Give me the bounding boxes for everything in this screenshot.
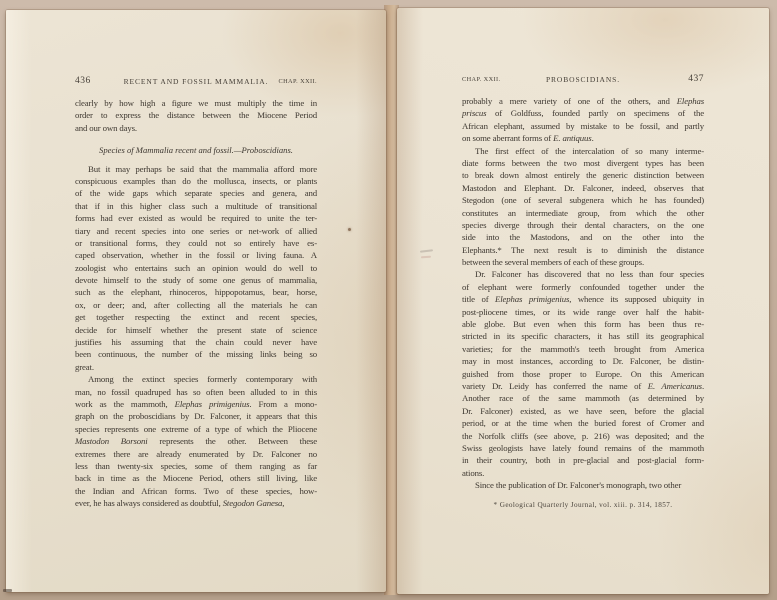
text-line: ox, or deer; and, after collecting all t… xyxy=(75,299,317,311)
text-line: The first effect of the intercalation of… xyxy=(462,145,704,157)
text-line: Mastodon Borsoni represents the other. B… xyxy=(75,435,317,447)
paragraph: The first effect of the intercalation of… xyxy=(462,145,704,269)
text-line: that if in this higher class such a mult… xyxy=(75,200,317,212)
text-line: justifies his assuming that the chain co… xyxy=(75,336,317,348)
left-page-header: 436 RECENT AND FOSSIL MAMMALIA. CHAP. XX… xyxy=(75,76,317,87)
text-line: Dr. Falconer has discovered that no less… xyxy=(462,268,704,280)
text-line: variety Dr. Leidy has conferred the name… xyxy=(462,380,704,392)
text-line: extremes there are already enumerated by… xyxy=(75,448,317,460)
text-line: Another race of the same mammoth (as det… xyxy=(462,392,704,404)
text-line: post-pliocene times, or its wide range o… xyxy=(462,306,704,318)
text-line: period, or at the time when the buried f… xyxy=(462,417,704,429)
text-line: and our own days. xyxy=(75,122,317,134)
text-line: graph on the proboscidians by Dr. Falcon… xyxy=(75,410,317,422)
text-line: constitutes an intermediate group, from … xyxy=(462,207,704,219)
right-page-header: CHAP. XXII. PROBOSCIDIANS. 437 xyxy=(462,74,704,85)
text-line: zoologist who entertains such an opinion… xyxy=(75,262,317,274)
text-line: priscus of Goldfuss, founded partly on s… xyxy=(462,107,704,119)
text-line: Mastodon and Elephant. Dr. Falconer, ind… xyxy=(462,182,704,194)
text-line: Elephants.* The next result is to dimini… xyxy=(462,244,704,256)
text-line: Stegodon (one of several subgenera which… xyxy=(462,194,704,206)
text-line: Since the publication of Dr. Falconer's … xyxy=(462,479,704,491)
text-line: of elephant were formerly confounded tog… xyxy=(462,281,704,293)
text-line: species represents one extreme of a type… xyxy=(75,423,317,435)
book-spread: 436 RECENT AND FOSSIL MAMMALIA. CHAP. XX… xyxy=(0,0,777,600)
text-line: guished from those proper to Europe. On … xyxy=(462,368,704,380)
text-line: stricted in its specific characters, it … xyxy=(462,330,704,342)
text-line: work as the mammoth, Elephas primigenius… xyxy=(75,398,317,410)
text-line: or transitional forms, they could not so… xyxy=(75,237,317,249)
text-line: ations. xyxy=(462,467,704,479)
italic-term: Mastodon Borsoni xyxy=(75,436,148,446)
italic-term: Elephas xyxy=(677,96,704,106)
italic-term: E. Americanus xyxy=(648,381,702,391)
text-line: of the wide gaps which separate species … xyxy=(75,187,317,199)
text-line: African elephant, assumed by mistake to … xyxy=(462,120,704,132)
left-page-body: clearly by how high a figure we must mul… xyxy=(75,97,317,510)
text-line: back in time as the Miocene Period, othe… xyxy=(75,472,317,484)
text-line: decide for himself whether the present s… xyxy=(75,324,317,336)
text-line: on some aberrant forms of E. antiquus. xyxy=(462,132,704,144)
text-line: between the several members of each of t… xyxy=(462,256,704,268)
text-line: the Indian and African forms. Two of the… xyxy=(75,485,317,497)
text-line: able globe. But even when this form has … xyxy=(462,318,704,330)
text-line: Dr. Falconer) existed, as we have seen, … xyxy=(462,405,704,417)
italic-term: Elephas primigenius xyxy=(495,294,569,304)
pencil-smudge xyxy=(420,248,434,262)
text-line: devote himself to the study of some one … xyxy=(75,274,317,286)
italic-term: E. antiquus xyxy=(553,133,591,143)
text-line: tiary and recent species into one series… xyxy=(75,225,317,237)
italic-term: priscus xyxy=(462,108,486,118)
left-page: 436 RECENT AND FOSSIL MAMMALIA. CHAP. XX… xyxy=(6,10,386,592)
right-text-column: CHAP. XXII. PROBOSCIDIANS. 437 probably … xyxy=(462,8,704,509)
text-line: clearly by how high a figure we must mul… xyxy=(75,97,317,109)
text-line: man, no fossil quadruped has so often be… xyxy=(75,386,317,398)
section-heading: Species of Mammalia recent and fossil.—P… xyxy=(75,144,317,156)
italic-term: Elephas primigenius xyxy=(175,399,250,409)
text-line: such as the elephant, rhinoceros, hippop… xyxy=(75,286,317,298)
text-line: diate forms between the two most diverge… xyxy=(462,157,704,169)
edge-speck xyxy=(3,589,12,592)
running-title: PROBOSCIDIANS. xyxy=(462,74,704,85)
text-line: But it may perhaps be said that the mamm… xyxy=(75,163,317,175)
text-line: been continuous, the number of the missi… xyxy=(75,348,317,360)
left-text-column: 436 RECENT AND FOSSIL MAMMALIA. CHAP. XX… xyxy=(75,10,317,510)
page-number: 437 xyxy=(688,74,704,85)
italic-term: Stegodon Ganesa xyxy=(223,498,283,508)
paragraph: But it may perhaps be said that the mamm… xyxy=(75,163,317,374)
text-line: probably a mere variety of one of the ot… xyxy=(462,95,704,107)
paragraph: clearly by how high a figure we must mul… xyxy=(75,97,317,134)
text-line: Among the extinct species formerly conte… xyxy=(75,373,317,385)
text-line: may in most instances, according to Dr. … xyxy=(462,355,704,367)
paragraph: probably a mere variety of one of the ot… xyxy=(462,95,704,145)
text-line: title of Elephas primigenius, whence its… xyxy=(462,293,704,305)
text-line: species diverge through their dental cha… xyxy=(462,219,704,231)
right-page: CHAP. XXII. PROBOSCIDIANS. 437 probably … xyxy=(397,8,769,594)
text-line: caped observation, whether in the fossil… xyxy=(75,249,317,261)
paragraph: Among the extinct species formerly conte… xyxy=(75,373,317,509)
text-line: the Norfolk cliffs (see above, p. 216) w… xyxy=(462,430,704,442)
footnote: * Geological Quarterly Journal, vol. xii… xyxy=(462,501,704,509)
right-page-body: probably a mere variety of one of the ot… xyxy=(462,95,704,492)
text-line: Swiss geologists have lately found remai… xyxy=(462,442,704,454)
text-line: conspicuous examples than do the mollusc… xyxy=(75,175,317,187)
text-line: forms had ever existed as would be requi… xyxy=(75,212,317,224)
text-line: ever, he has always considered as doubtf… xyxy=(75,497,317,509)
text-line: great. xyxy=(75,361,317,373)
paragraph: Since the publication of Dr. Falconer's … xyxy=(462,479,704,491)
paragraph: Dr. Falconer has discovered that no less… xyxy=(462,268,704,479)
text-line: varieties; for the mammoth's teeth broug… xyxy=(462,343,704,355)
chapter-label: CHAP. XXII. xyxy=(278,76,317,87)
text-line: in their country, both in pre-glacial an… xyxy=(462,454,704,466)
text-line: side into the Mastodons, and on the othe… xyxy=(462,231,704,243)
text-line: to break down almost entirely the generi… xyxy=(462,169,704,181)
text-line: order to express the distance between th… xyxy=(75,109,317,121)
text-line: less than twenty-six species, some of th… xyxy=(75,460,317,472)
ink-speck xyxy=(348,228,351,231)
text-line: get together respecting the extinct and … xyxy=(75,311,317,323)
